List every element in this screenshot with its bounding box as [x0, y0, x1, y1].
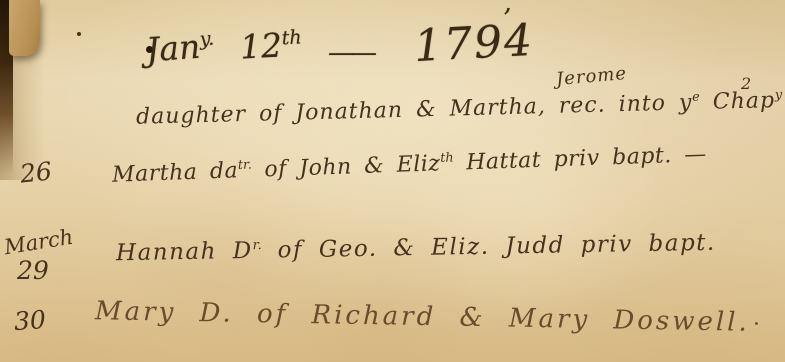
dedication-sup2: y — [775, 88, 783, 103]
entry-day: 26 — [19, 156, 54, 188]
entry-sup2: th — [440, 150, 454, 165]
dedication-seg1: daughter of Jonathan & Martha, rec. into… — [136, 90, 693, 130]
entry-text: Mary D. of Richard & Mary Doswell. — [95, 296, 750, 337]
entry-day: 29 — [17, 256, 49, 285]
entry-seg3: Hattat priv bapt. — — [453, 142, 707, 176]
entry-day: 30 — [13, 305, 47, 336]
dedication-seg2: Chap — [700, 88, 776, 115]
entry-text: Martha datr. of John & Elizth Hattat pri… — [112, 142, 707, 188]
ink-speck — [755, 322, 758, 325]
heading-month: Jany. — [145, 26, 216, 70]
entry-seg1: Martha da — [112, 158, 239, 187]
entry-text: Hannah Dr. of Geo. & Eliz. Judd priv bap… — [116, 230, 716, 266]
inserted-surname: Jerome — [555, 63, 628, 90]
heading-separator-dash: —— — [328, 38, 374, 68]
heading-month-superscript: y. — [199, 27, 215, 51]
entry-seg1: Mary D. of Richard & Mary Doswell. — [95, 296, 750, 337]
dedication-end-mark: 2 — [741, 74, 751, 93]
heading-year: 1794 — [413, 15, 535, 72]
ink-speck — [77, 32, 81, 36]
heading-day-superscript: th — [281, 25, 302, 49]
entry-seg1: Hannah D — [116, 238, 253, 266]
entry-sup1: r. — [252, 238, 261, 253]
entry-sup1: tr. — [238, 158, 252, 173]
entry-seg2: of John & Eliz — [252, 151, 441, 183]
entry-seg2: of Geo. & Eliz. Judd priv bapt. — [262, 230, 716, 264]
heading-month-text: Jan — [145, 27, 202, 70]
page-corner-flap — [9, 0, 40, 56]
heading-day-text: 12 — [239, 25, 283, 66]
heading-flourish-mark: ’ — [503, 4, 511, 34]
heading-day: 12th — [239, 24, 303, 66]
dedication-line: daughter of Jonathan & Martha, rec. into… — [136, 88, 783, 130]
register-page-photo: Jany. 12th —— 1794 ’ Jerome daughter of … — [0, 0, 785, 362]
entry-month: March — [3, 225, 75, 260]
